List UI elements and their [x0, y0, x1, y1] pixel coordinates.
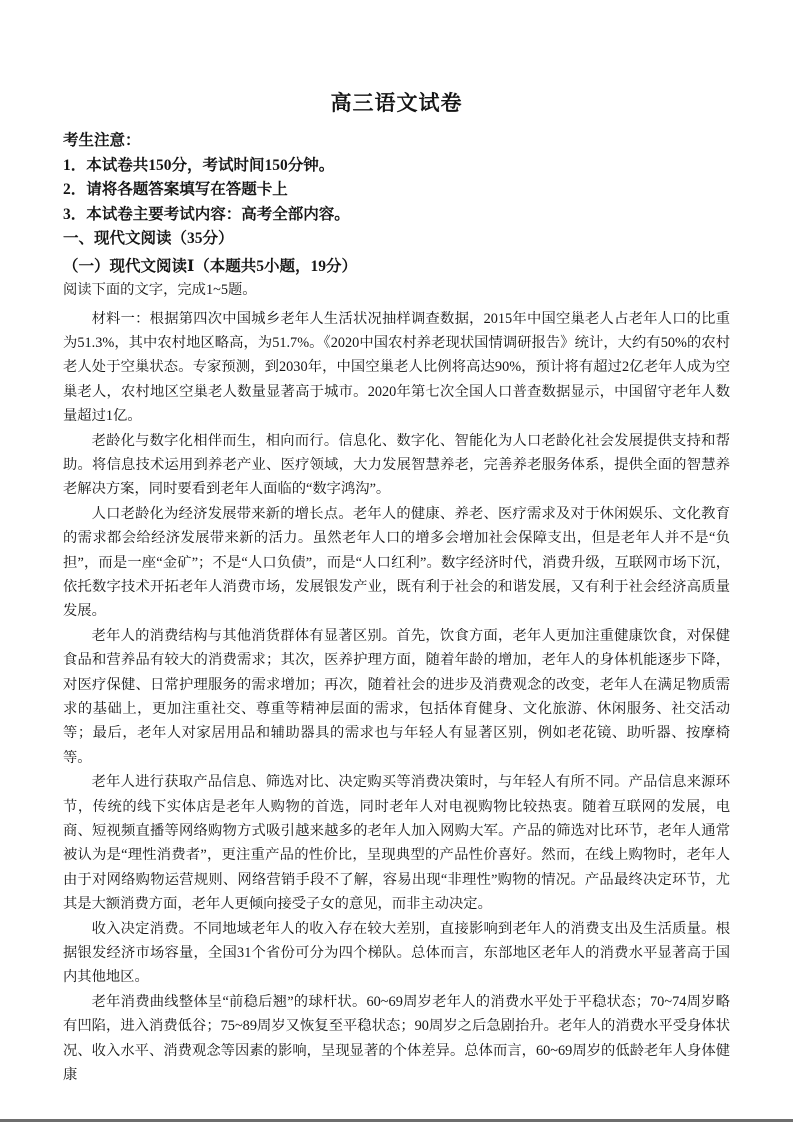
- notice-heading: 考生注意：: [63, 129, 730, 154]
- notice-item-3: 3．本试卷主要考试内容：高考全部内容。: [63, 203, 730, 228]
- passage-paragraph-1: 材料一：根据第四次中国城乡老年人生活状况抽样调查数据，2015年中国空巢老人占老…: [63, 307, 730, 429]
- section-heading-modern-reading: 一、现代文阅读（35分）: [63, 227, 730, 252]
- passage-paragraph-5: 老年人进行获取产品信息、筛选对比、决定购买等消费决策时，与年轻人有所不同。产品信…: [63, 770, 730, 916]
- passage-paragraph-6: 收入决定消费。不同地域老年人的收入存在较大差别，直接影响到老年人的消费支出及生活…: [63, 917, 730, 990]
- exam-paper-page: 高三语文试卷 考生注意： 1．本试卷共150分，考试时间150分钟。 2．请将各…: [0, 0, 793, 1122]
- notice-item-1: 1．本试卷共150分，考试时间150分钟。: [63, 154, 730, 179]
- passage-paragraph-3: 人口老龄化为经济发展带来新的增长点。老年人的健康、养老、医疗需求及对于休闲娱乐、…: [63, 502, 730, 624]
- passage-paragraph-2: 老龄化与数字化相伴而生，相向而行。信息化、数字化、智能化为人口老龄化社会发展提供…: [63, 429, 730, 502]
- subsection-heading-reading-1: （一）现代文阅读Ⅰ（本题共5小题，19分）: [63, 255, 730, 280]
- passage-paragraph-7: 老年消费曲线整体呈“前稳后翘”的球杆状。60~69周岁老年人的消费水平处于平稳状…: [63, 990, 730, 1088]
- reading-instruction: 阅读下面的文字，完成1~5题。: [63, 279, 730, 303]
- reading-passage: 材料一：根据第四次中国城乡老年人生活状况抽样调查数据，2015年中国空巢老人占老…: [63, 307, 730, 1088]
- page-content: 高三语文试卷 考生注意： 1．本试卷共150分，考试时间150分钟。 2．请将各…: [63, 0, 730, 1088]
- notice-item-2: 2．请将各题答案填写在答题卡上: [63, 178, 730, 203]
- candidate-notice-section: 考生注意： 1．本试卷共150分，考试时间150分钟。 2．请将各题答案填写在答…: [63, 129, 730, 227]
- page-title: 高三语文试卷: [63, 90, 730, 116]
- passage-paragraph-4: 老年人的消费结构与其他消货群体有显著区别。首先，饮食方面，老年人更加注重健康饮食…: [63, 624, 730, 770]
